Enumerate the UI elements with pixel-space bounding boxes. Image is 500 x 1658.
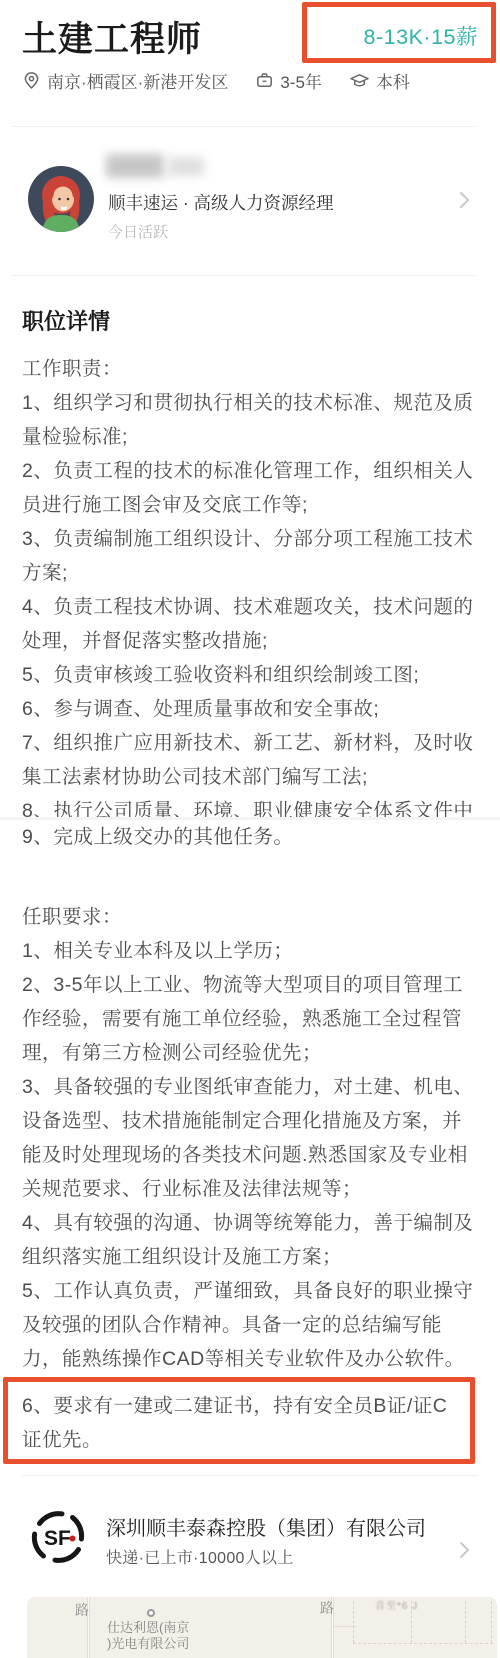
recruiter-activity-status: 今日活跃 [108, 221, 168, 242]
recruiter-name-redacted [106, 154, 164, 178]
avatar-illustration [28, 166, 94, 232]
divider [12, 126, 475, 127]
graduation-cap-icon [349, 71, 370, 90]
duty-item: 3、负责编制施工组织设计、分部分项工程施工技术方案; [22, 522, 480, 590]
map-poi-marker [147, 1609, 155, 1617]
job-meta-row: 南京·栖霞区·新港开发区 3-5年 本科 [22, 68, 437, 93]
sf-logo-text: SF [44, 1527, 71, 1550]
duty-item: 7、组织推广应用新技术、新工艺、新材料，及时收集工法素材协助公司技术部门编写工法… [22, 726, 480, 794]
requirement-item: 5、工作认真负责，严谨细致，具备良好的职业操守及较强的团队合作精神。具备一定的总… [22, 1274, 480, 1376]
map-road-label: 路 [320, 1598, 334, 1618]
map-dashed-boundary [353, 1601, 354, 1643]
requirement-item: 2、3-5年以上工业、物流等大型项目的项目管理工作经验，需要有施工单位经验，熟悉… [22, 968, 480, 1070]
divider [22, 1475, 478, 1476]
salary-text: 8-13K·15薪 [364, 20, 478, 51]
job-detail-page: 土建工程师 8-13K·15薪 南京·栖霞区·新港开发区 3-5年 本科 [0, 0, 500, 1658]
map-dashed-boundary [491, 1601, 492, 1643]
requirements-heading: 任职要求： [22, 900, 480, 934]
requirement-item: 3、具备较强的专业图纸审查能力，对土建、机电、设备选型、技术措施能制定合理化措施… [22, 1070, 480, 1206]
map-road-label: 路 [75, 1600, 89, 1620]
duty-item: 5、负责审核竣工验收资料和组织绘制竣工图; [22, 658, 480, 692]
company-location-map[interactable]: 路 路 仕达利恩(南京 )光电有限公司 音至*6 J [27, 1597, 497, 1658]
location-label: 南京·栖霞区·新港开发区 [47, 68, 228, 93]
chevron-right-icon[interactable] [452, 188, 476, 212]
requirement-highlighted-text: 6、要求有一建或二建证书，持有安全员B证/证C证优先。 [22, 1389, 462, 1457]
company-meta: 快递·已上市·10000人以上 [106, 1545, 294, 1568]
requirement-item: 4、具有较强的沟通、协调等统筹能力，善于编制及组织落实施工组织设计及施工方案； [22, 1206, 480, 1274]
avatar[interactable] [28, 166, 94, 232]
divider [12, 275, 475, 276]
page-title: 土建工程师 [22, 12, 202, 62]
duty-item-last: 9、完成上级交办的其他任务。 [22, 820, 480, 854]
requirement-item: 1、相关专业本科及以上学历； [22, 934, 480, 968]
map-dashed-boundary [465, 1601, 466, 1643]
job-education: 本科 [349, 68, 410, 93]
chevron-right-icon[interactable] [452, 1538, 476, 1562]
education-label: 本科 [376, 68, 410, 93]
requirement-item-highlighted: 6、要求有一建或二建证书，持有安全员B证/证C证优先。 [22, 1389, 462, 1457]
duty-item: 6、参与调查、处理质量事故和安全事故; [22, 692, 480, 726]
company-name: 深圳顺丰泰森控股（集团）有限公司 [106, 1512, 426, 1541]
duties-heading: 工作职责： [22, 352, 480, 386]
recruiter-title: 顺丰速运 · 高级人力资源经理 [108, 190, 334, 215]
map-poi-label-line2: )光电有限公司 [107, 1636, 189, 1652]
section-title-job-detail: 职位详情 [22, 305, 110, 336]
briefcase-icon [255, 71, 274, 90]
map-dashed-boundary [353, 1643, 493, 1644]
experience-label: 3-5年 [280, 68, 322, 93]
duty-item-clipped: 8、执行公司质量、环境、职业健康安全体系文件中 [22, 794, 480, 818]
sf-express-logo: SF [30, 1509, 86, 1565]
map-poi-label-line1: 仕达利恩(南京 [107, 1620, 189, 1636]
duty-last-text: 9、完成上级交办的其他任务。 [22, 820, 480, 854]
duty-item: 2、负责工程的技术的标准化管理工作，组织相关人员进行施工图会审及交底工作等; [22, 454, 480, 522]
duties-text: 工作职责： 1、组织学习和贯彻执行相关的技术标准、规范及质量检验标准; 2、负责… [22, 352, 480, 794]
job-experience: 3-5年 [255, 68, 322, 93]
job-location: 南京·栖霞区·新港开发区 [22, 68, 228, 93]
sf-logo-red-dot [70, 1536, 76, 1542]
requirements-text: 任职要求： 1、相关专业本科及以上学历； 2、3-5年以上工业、物流等大型项目的… [22, 900, 480, 1376]
map-faint-label: 音至*6 J [375, 1597, 418, 1612]
recruiter-name-redacted-2 [168, 157, 204, 176]
map-poi-label: 仕达利恩(南京 )光电有限公司 [107, 1620, 189, 1652]
duty-item: 4、负责工程技术协调、技术难题攻关，技术问题的处理，并督促落实整改措施; [22, 590, 480, 658]
location-icon [22, 71, 41, 90]
duty-item: 1、组织学习和贯彻执行相关的技术标准、规范及质量检验标准; [22, 386, 480, 454]
